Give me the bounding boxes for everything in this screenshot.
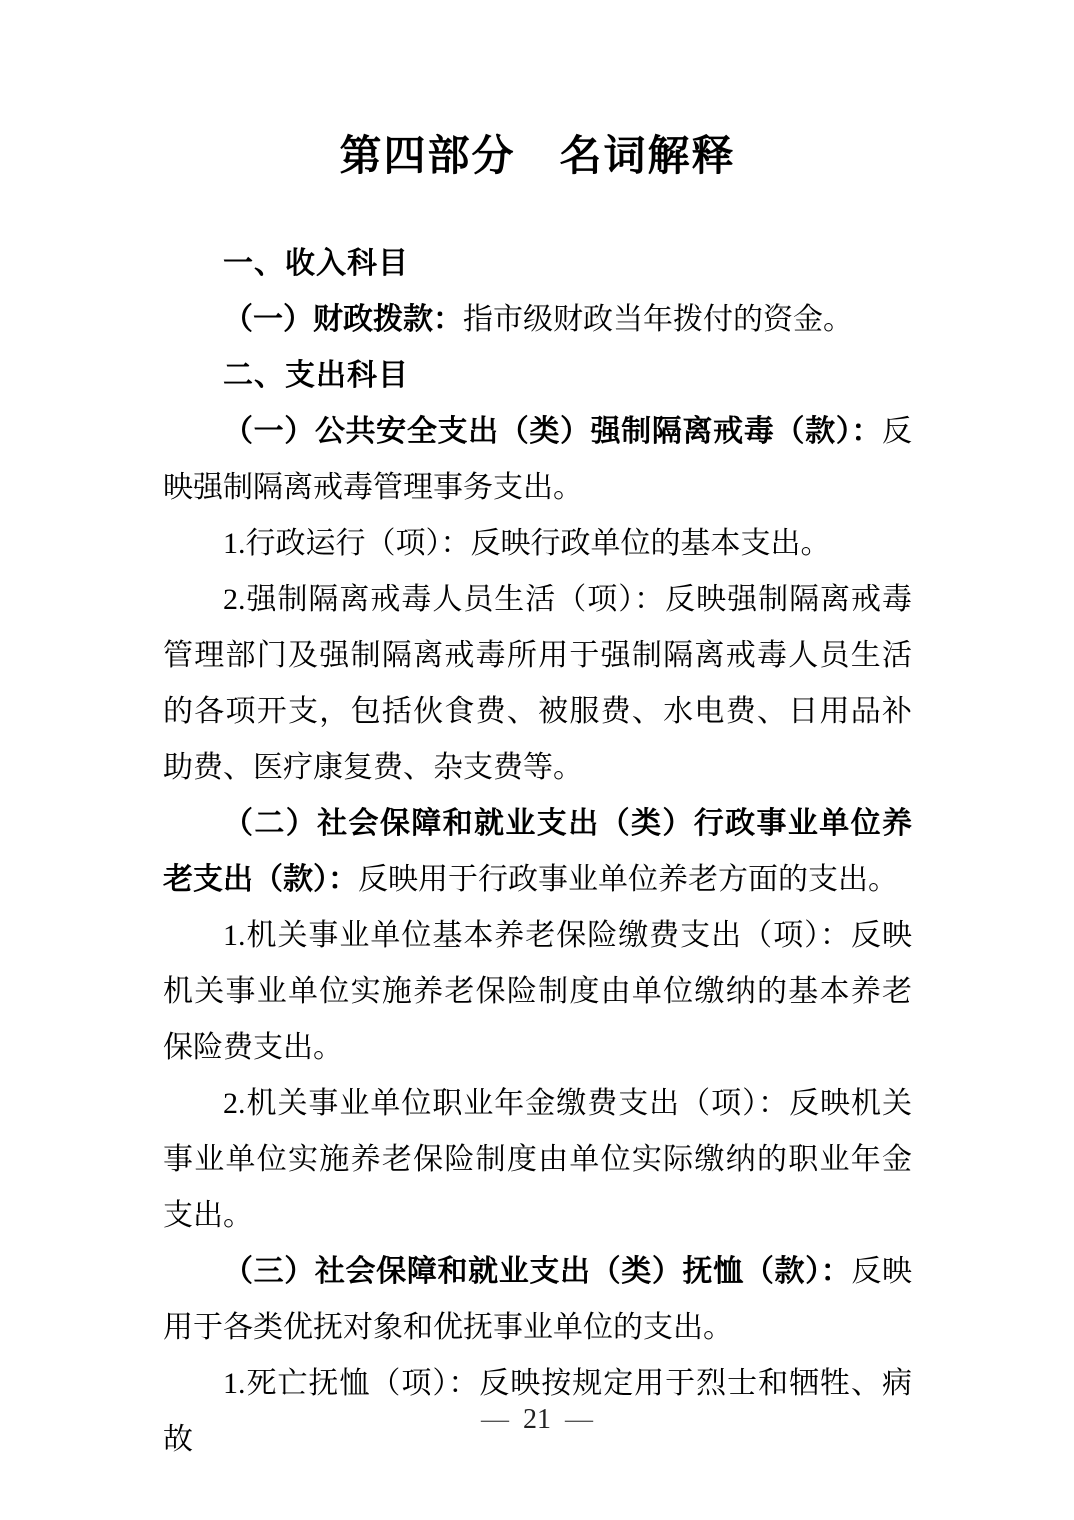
- heading-text: 一、收入科目: [223, 247, 409, 280]
- term-definition: 1.机关事业单位基本养老保险缴费支出（项）：反映机关事业单位实施养老保险制度由单…: [163, 919, 912, 1064]
- document-body: 一、收入科目 （一）财政拨款：指市级财政当年拨付的资金。 二、支出科目 （一）公…: [163, 236, 912, 1468]
- footer-left-dash: —: [481, 1404, 509, 1435]
- term-definition: 2.机关事业单位职业年金缴费支出（项）：反映机关事业单位实施养老保险制度由单位实…: [163, 1087, 912, 1232]
- footer-right-dash: —: [565, 1404, 593, 1435]
- term-label: （三）社会保障和就业支出（类）抚恤（款）：: [223, 1255, 851, 1288]
- page-footer: —21—: [0, 1402, 1074, 1438]
- term-definition: 2.强制隔离戒毒人员生活（项）：反映强制隔离戒毒管理部门及强制隔离戒毒所用于强制…: [163, 583, 912, 784]
- para-occupational-annuity: 2.机关事业单位职业年金缴费支出（项）：反映机关事业单位实施养老保险制度由单位实…: [163, 1076, 912, 1244]
- section-heading-income: 一、收入科目: [163, 236, 912, 292]
- page-number: 21: [523, 1404, 551, 1435]
- para-detox-personnel-living: 2.强制隔离戒毒人员生活（项）：反映强制隔离戒毒管理部门及强制隔离戒毒所用于强制…: [163, 572, 912, 796]
- para-fiscal-appropriation: （一）财政拨款：指市级财政当年拨付的资金。: [163, 292, 912, 348]
- term-definition: 1.行政运行（项）：反映行政单位的基本支出。: [223, 527, 831, 560]
- heading-text: 二、支出科目: [223, 359, 409, 392]
- para-admin-operation: 1.行政运行（项）：反映行政单位的基本支出。: [163, 516, 912, 572]
- para-basic-pension-contribution: 1.机关事业单位基本养老保险缴费支出（项）：反映机关事业单位实施养老保险制度由单…: [163, 908, 912, 1076]
- page-title: 第四部分 名词解释: [163, 126, 912, 186]
- term-label: （一）公共安全支出（类）强制隔离戒毒（款）：: [223, 415, 882, 448]
- term-definition: 指市级财政当年拨付的资金。: [463, 303, 853, 336]
- section-heading-expenditure: 二、支出科目: [163, 348, 912, 404]
- term-label: （一）财政拨款：: [223, 303, 463, 336]
- document-page: 第四部分 名词解释 一、收入科目 （一）财政拨款：指市级财政当年拨付的资金。 二…: [0, 0, 1074, 1520]
- term-definition: 反映用于行政事业单位养老方面的支出。: [358, 863, 898, 896]
- para-social-security-pension: （二）社会保障和就业支出（类）行政事业单位养老支出（款）：反映用于行政事业单位养…: [163, 796, 912, 908]
- para-public-safety-detox: （一）公共安全支出（类）强制隔离戒毒（款）：反映强制隔离戒毒管理事务支出。: [163, 404, 912, 516]
- para-social-security-compensation: （三）社会保障和就业支出（类）抚恤（款）：反映用于各类优抚对象和优抚事业单位的支…: [163, 1244, 912, 1356]
